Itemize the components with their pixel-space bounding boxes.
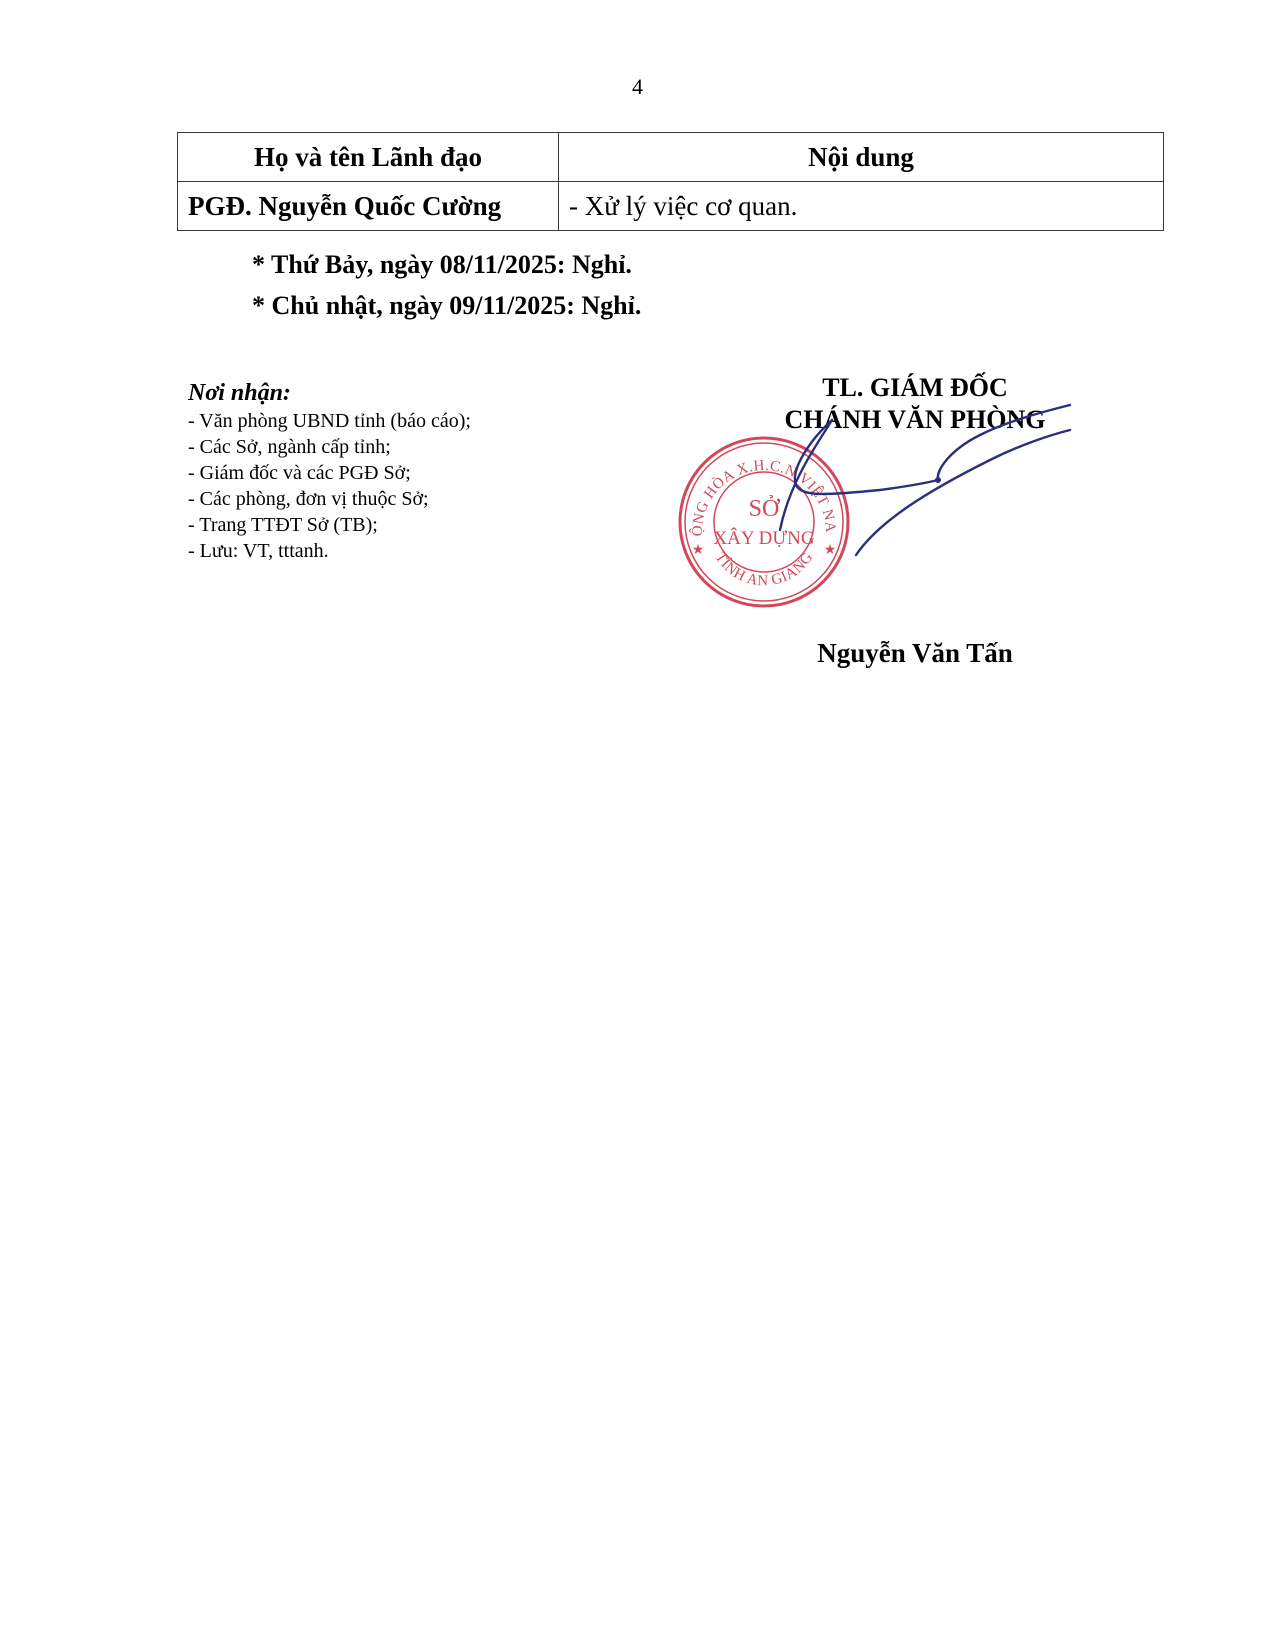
recipients-title: Nơi nhận: — [188, 378, 471, 408]
content-cell: - Xử lý việc cơ quan. — [559, 182, 1164, 231]
table-row: PGĐ. Nguyễn Quốc Cường - Xử lý việc cơ q… — [178, 182, 1164, 231]
page-number: 4 — [0, 74, 1275, 100]
signature-title-line1: TL. GIÁM ĐỐC — [730, 373, 1100, 403]
recipient-item: - Các Sở, ngành cấp tỉnh; — [188, 434, 471, 460]
recipient-item: - Trang TTĐT Sở (TB); — [188, 512, 471, 538]
signer-name: Nguyễn Văn Tấn — [730, 638, 1100, 669]
leader-schedule-table: Họ và tên Lãnh đạo Nội dung PGĐ. Nguyễn … — [177, 132, 1164, 231]
svg-text:★: ★ — [692, 543, 705, 558]
table-header-row: Họ và tên Lãnh đạo Nội dung — [178, 133, 1164, 182]
sunday-note: * Chủ nhật, ngày 09/11/2025: Nghỉ. — [252, 291, 641, 321]
recipients-block: Nơi nhận: - Văn phòng UBND tỉnh (báo cáo… — [188, 378, 471, 564]
leader-name-cell: PGĐ. Nguyễn Quốc Cường — [178, 182, 559, 231]
recipient-item: - Văn phòng UBND tỉnh (báo cáo); — [188, 408, 471, 434]
recipients-list: - Văn phòng UBND tỉnh (báo cáo); - Các S… — [188, 408, 471, 564]
recipient-item: - Giám đốc và các PGĐ Sở; — [188, 460, 471, 486]
handwritten-signature-icon — [760, 400, 1080, 560]
recipient-item: - Lưu: VT, tttanh. — [188, 538, 471, 564]
recipient-item: - Các phòng, đơn vị thuộc Sở; — [188, 486, 471, 512]
header-leader-name: Họ và tên Lãnh đạo — [178, 133, 559, 182]
saturday-note: * Thứ Bảy, ngày 08/11/2025: Nghỉ. — [252, 250, 632, 280]
header-content: Nội dung — [559, 133, 1164, 182]
